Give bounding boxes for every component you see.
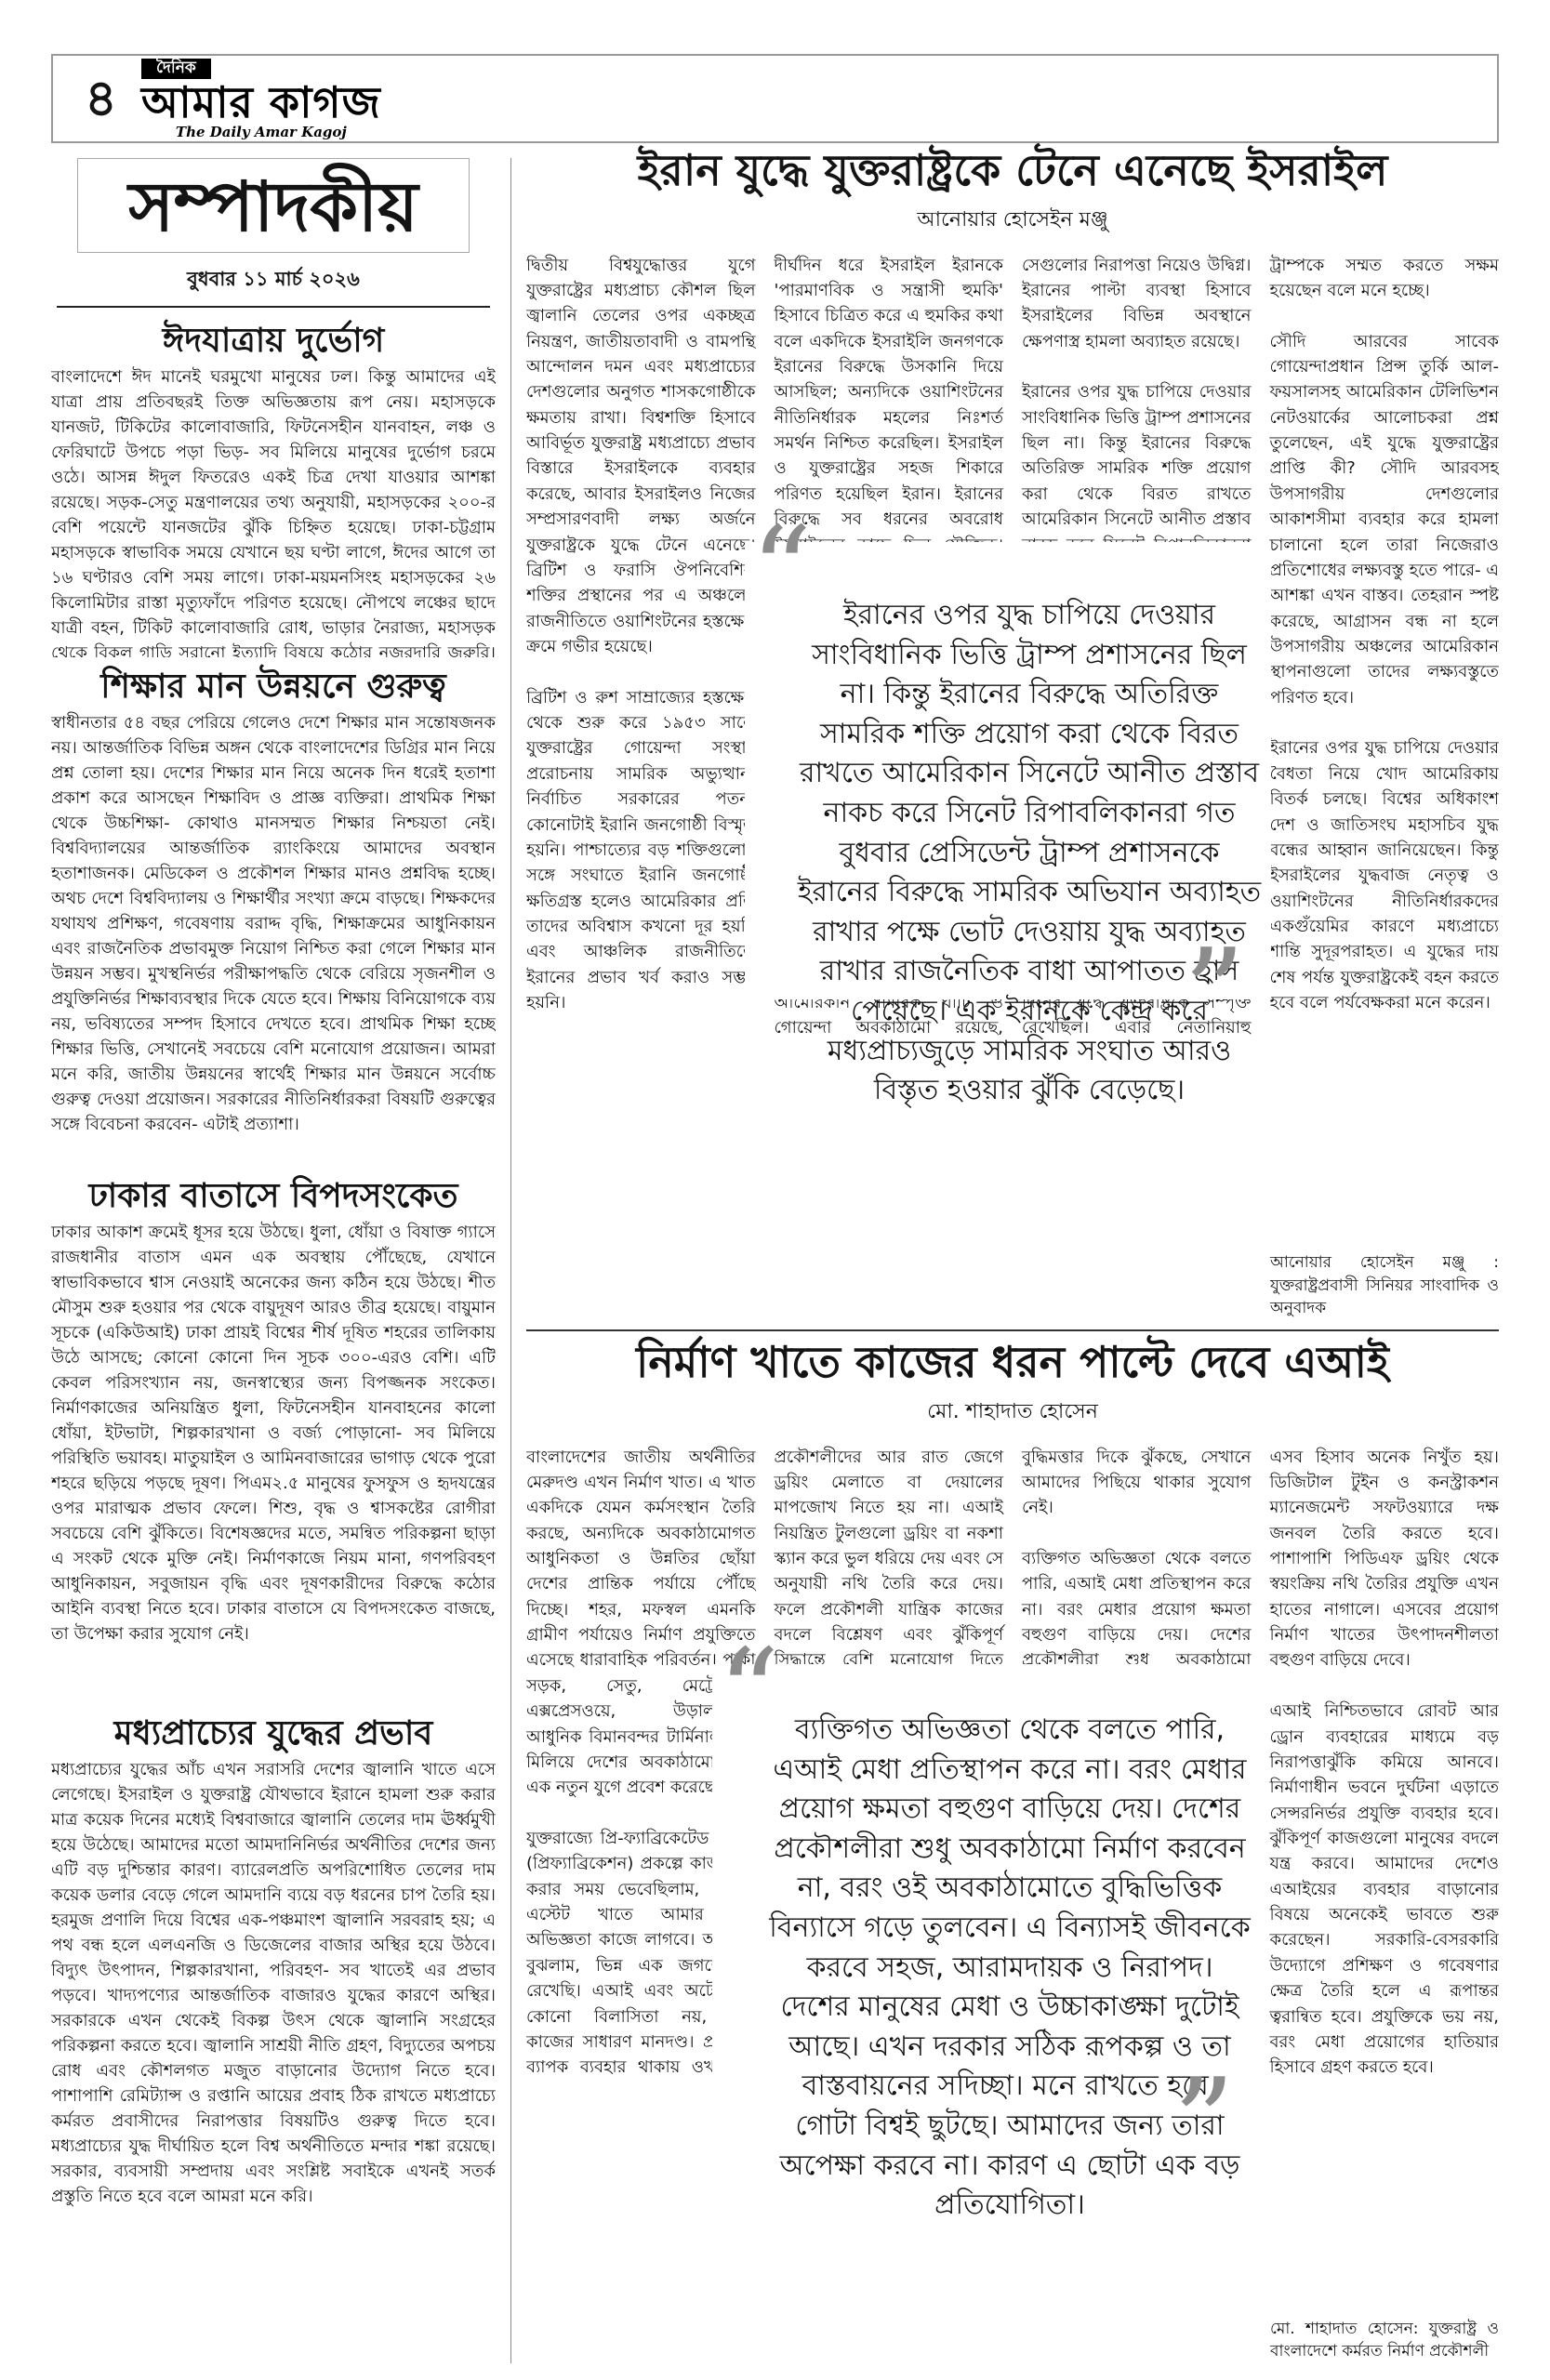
ai-headline: নির্মাণ খাতে কাজের ধরন পাল্টে দেবে এআই <box>526 1339 1499 1386</box>
page-header: ৪ দৈনিক আমার কাগজ The Daily Amar Kagoj <box>51 54 1499 143</box>
iran-author-credit: আনোয়ার হোসেইন মঞ্জু : যুক্তরাষ্ট্রপ্রবা… <box>1270 1251 1499 1320</box>
editorial-body: ঢাকার আকাশ ক্রমেই ধূসর হয়ে উঠছে। ধুলা, … <box>51 1220 496 1646</box>
editorial-body: বাংলাদেশে ঈদ মানেই ঘরমুখো মানুষের ঢল। কি… <box>51 364 496 656</box>
editorial-column: সম্পাদকীয় বুধবার ১১ মার্চ ২০২৬ ঈদযাত্রা… <box>51 158 496 2363</box>
newspaper-page: ৪ দৈনিক আমার কাগজ The Daily Amar Kagoj স… <box>0 0 1550 2380</box>
ai-pullquote: “ ব্যক্তিগত অভিজ্ঞতা থেকে বলতে পারি, এআই… <box>712 1664 1261 2129</box>
close-quote-icon: ” <box>1173 2062 1235 2183</box>
article-divider-rule <box>526 1329 1499 1331</box>
column-divider-rule <box>510 158 511 2363</box>
paper-logo: দৈনিক আমার কাগজ The Daily Amar Kagoj <box>141 59 381 139</box>
paper-name: আমার কাগজ <box>141 81 381 124</box>
editorial-article-air: ঢাকার বাতাসে বিপদসংকেত ঢাকার আকাশ ক্রমেই… <box>51 1167 496 1704</box>
iran-headline: ইরান যুদ্ধে যুক্তরাষ্ট্রকে টেনে এনেছে ইস… <box>526 147 1499 194</box>
editorial-body: মধ্যপ্রাচ্যের যুদ্ধের আঁচ এখন সরাসরি দেশ… <box>51 1757 496 2209</box>
editorial-title: ঢাকার বাতাসে বিপদসংকেত <box>51 1178 496 1215</box>
editorial-article-education: শিক্ষার মান উন্নয়নে গুরুত্ব স্বাধীনতার … <box>51 657 496 1167</box>
editorial-date: বুধবার ১১ মার্চ ২০২৬ <box>57 253 490 308</box>
editorial-title: মধ্যপ্রাচ্যের যুদ্ধের প্রভাব <box>51 1715 496 1752</box>
editorial-article-mideast: মধ্যপ্রাচ্যের যুদ্ধের প্রভাব মধ্যপ্রাচ্য… <box>51 1704 496 2334</box>
page-number: ৪ <box>85 73 117 124</box>
editorial-title: ঈদযাত্রায় দুর্ভোগ <box>51 323 496 360</box>
editorial-title: শিক্ষার মান উন্নয়নে গুরুত্ব <box>51 668 496 706</box>
open-quote-icon: “ <box>750 510 812 631</box>
ai-byline: মো. শাহাদাত হোসেন <box>526 1395 1499 1430</box>
close-quote-icon: ” <box>1184 932 1245 1053</box>
ai-author-credit: মো. শাহাদাত হোসেন: যুক্তরাষ্ট্র ও বাংলাদ… <box>1270 2318 1499 2363</box>
editorial-masthead-box: সম্পাদকীয় <box>77 158 470 253</box>
daily-banner: দৈনিক <box>141 59 211 79</box>
paper-name-english: The Daily Amar Kagoj <box>176 126 347 139</box>
editorial-masthead: সম্পাদকীয় <box>128 167 418 247</box>
open-quote-icon: “ <box>718 1633 779 1753</box>
editorial-article-eid: ঈদযাত্রায় দুর্ভোগ বাংলাদেশে ঈদ মানেই ঘর… <box>51 311 496 657</box>
iran-byline: আনোয়ার হোসেইন মঞ্জু <box>526 204 1499 238</box>
article-iran: ইরান যুদ্ধে যুক্তরাষ্ট্রকে টেনে এনেছে ইস… <box>526 147 1499 1322</box>
editorial-body: স্বাধীনতার ৫৪ বছর পেরিয়ে গেলেও দেশে শিক… <box>51 710 496 1137</box>
iran-pullquote: “ ইরানের ওপর যুদ্ধ চাপিয়ে দেওয়ার সাংবি… <box>745 542 1271 999</box>
article-ai: নির্মাণ খাতে কাজের ধরন পাল্টে দেবে এআই ম… <box>526 1339 1499 2365</box>
